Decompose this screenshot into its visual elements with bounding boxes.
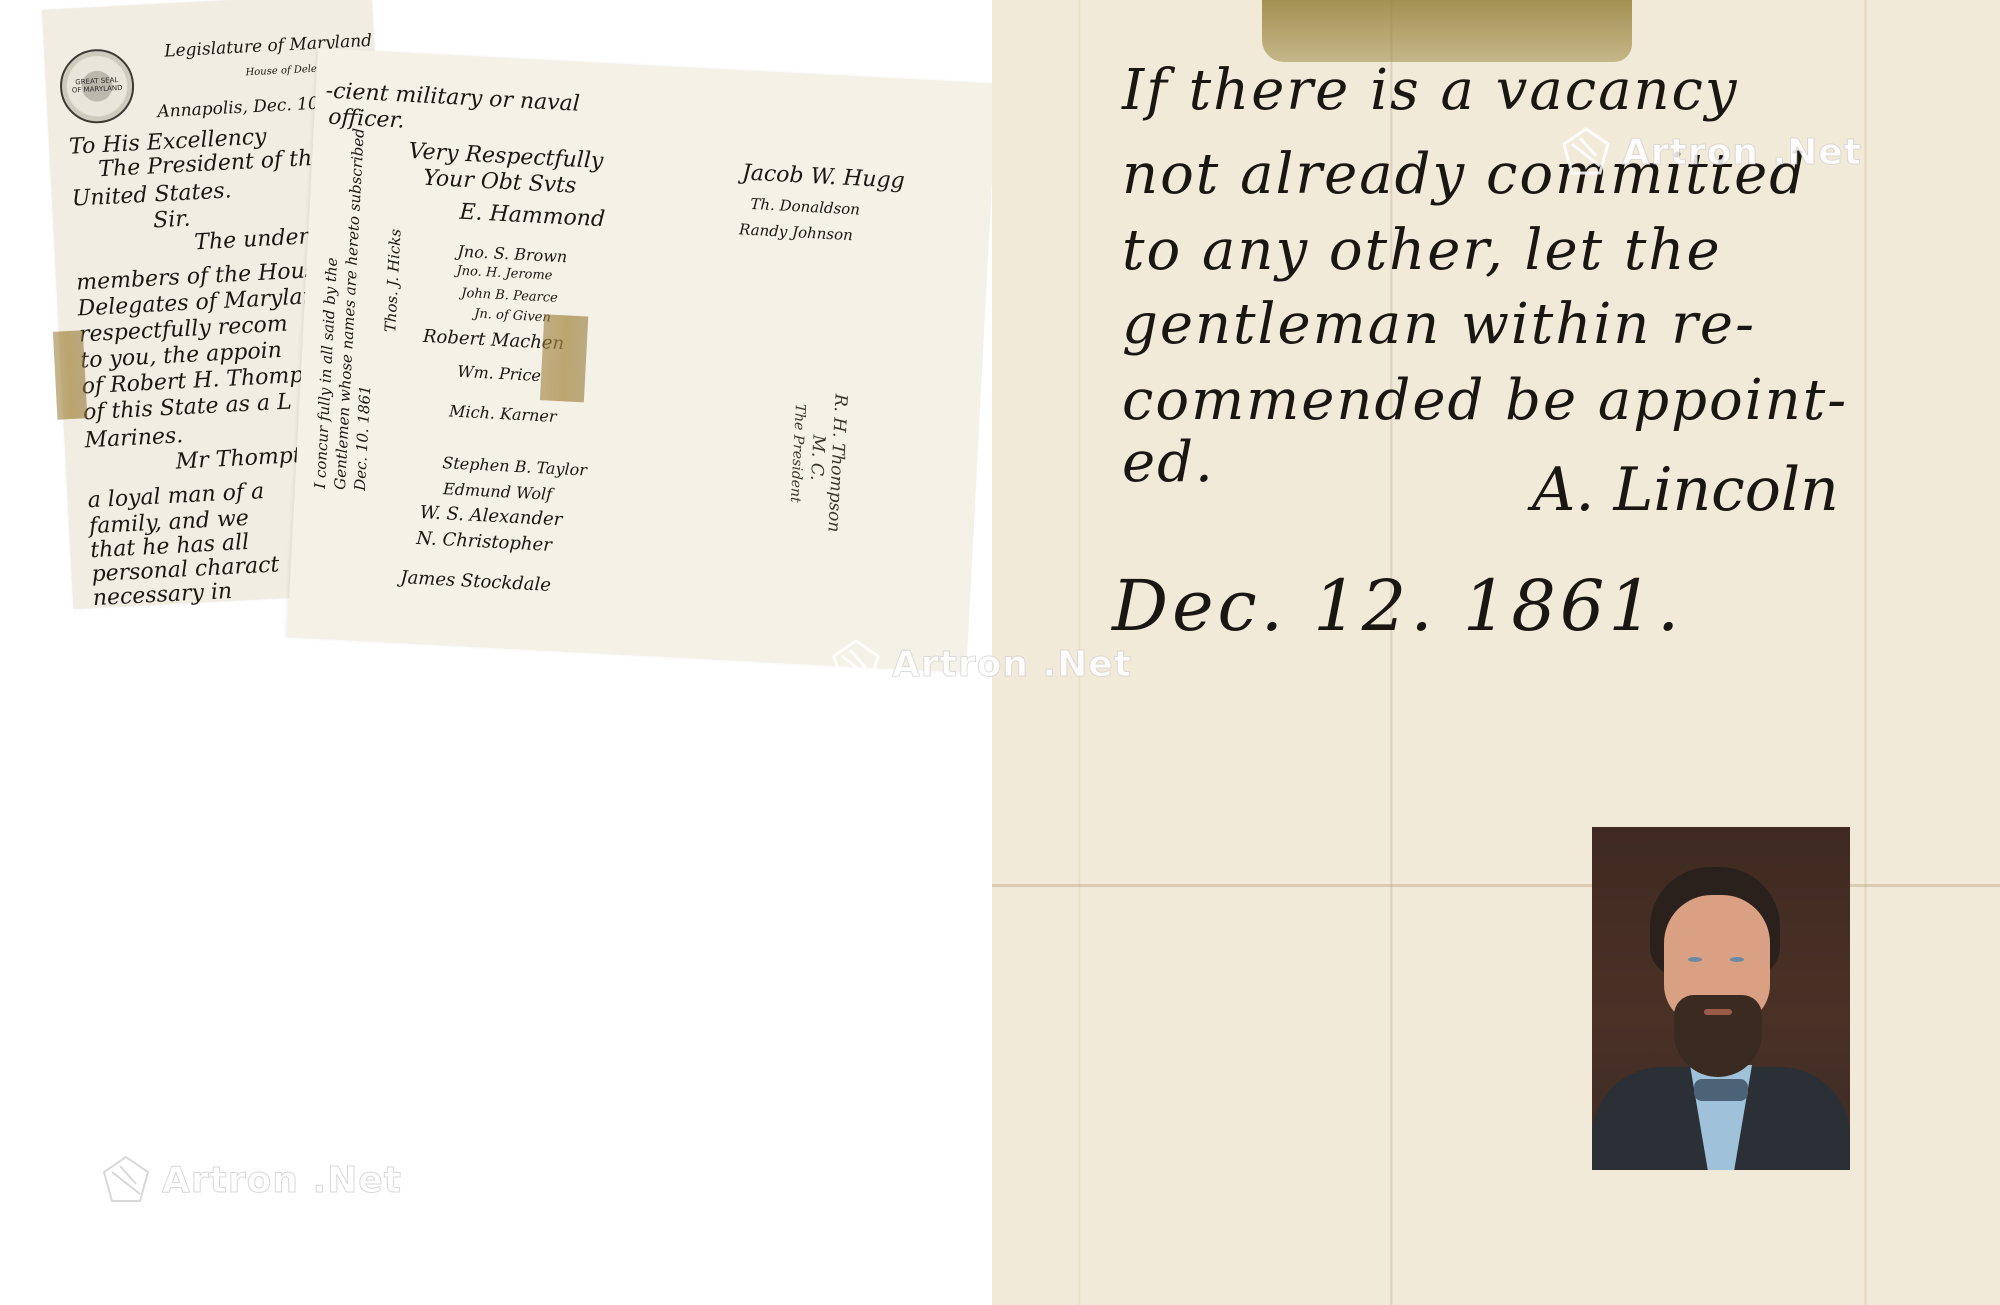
portrait-eye xyxy=(1730,957,1744,962)
letter-line: Marines. xyxy=(84,423,184,453)
watermark: Artron .Net xyxy=(1560,126,1862,178)
letter-line: United States. xyxy=(71,178,232,211)
seal-text: GREAT SEAL OF MARYLAND xyxy=(70,76,125,95)
signature: Edmund Wolf xyxy=(443,479,553,504)
signature: Stephen B. Taylor xyxy=(442,453,587,480)
signature: James Stockdale xyxy=(400,567,552,596)
watermark: Artron .Net xyxy=(100,1154,402,1206)
endorsement: R. H. Thompson xyxy=(823,393,850,533)
signature: E. Hammond xyxy=(459,200,606,233)
portrait-mouth xyxy=(1704,1009,1732,1015)
lincoln-signature: A. Lincoln xyxy=(1532,455,1839,525)
concurrence-date: Dec. 10. 1861 xyxy=(351,385,375,491)
note-date: Dec. 12. 1861. xyxy=(1112,565,1683,647)
lincoln-note: If there is a vacancy not already commit… xyxy=(992,0,2000,1305)
signature: Jno. H. Jerome xyxy=(456,264,553,284)
signature: N. Christopher xyxy=(416,528,552,556)
signature: Mich. Karner xyxy=(449,401,557,426)
signature: Jno. S. Brown xyxy=(457,242,568,267)
artron-logo-icon xyxy=(1560,126,1612,178)
signature: Jn. of Given xyxy=(474,307,551,326)
letter-page-2: -cient military or naval officer. Very R… xyxy=(287,48,997,673)
concurrence-signer: Thos. J. Hicks xyxy=(381,228,404,332)
tape-remnant xyxy=(53,330,88,419)
portrait-bowtie xyxy=(1694,1079,1748,1101)
tape-remnant xyxy=(540,314,588,402)
note-line: to any other, let the xyxy=(1122,218,1722,283)
watermark: Artron .Net xyxy=(830,638,1132,690)
lincoln-portrait xyxy=(1592,827,1850,1170)
letter-line: Mr Thompt xyxy=(175,443,302,475)
note-line: gentleman within re- xyxy=(1122,292,1756,357)
note-line: ed. xyxy=(1122,430,1215,495)
note-line: commended be appoint- xyxy=(1122,368,1848,433)
letter-line: Sir. xyxy=(153,207,191,234)
portrait-eye xyxy=(1688,957,1702,962)
watermark-text: Artron .Net xyxy=(892,644,1132,685)
endorsement: M. C. xyxy=(806,434,828,481)
endorsement: The President xyxy=(787,403,808,503)
signature: W. S. Alexander xyxy=(419,502,562,530)
tape-remnant xyxy=(1262,0,1632,62)
note-line: If there is a vacancy xyxy=(1122,58,1739,123)
portrait-beard xyxy=(1674,995,1762,1077)
maryland-seal-icon: GREAT SEAL OF MARYLAND xyxy=(58,47,136,125)
artron-logo-icon xyxy=(100,1154,152,1206)
watermark-text: Artron .Net xyxy=(1622,132,1862,173)
signature: Th. Donaldson xyxy=(750,195,860,219)
signature: Wm. Price xyxy=(457,362,542,385)
artron-logo-icon xyxy=(830,638,882,690)
watermark-text: Artron .Net xyxy=(162,1160,402,1201)
signature: John B. Pearce xyxy=(461,286,558,306)
signature: Jacob W. Hugg xyxy=(741,160,905,193)
letter-line: Annapolis, Dec. 10th xyxy=(157,93,337,122)
signature: Randy Johnson xyxy=(739,220,854,244)
